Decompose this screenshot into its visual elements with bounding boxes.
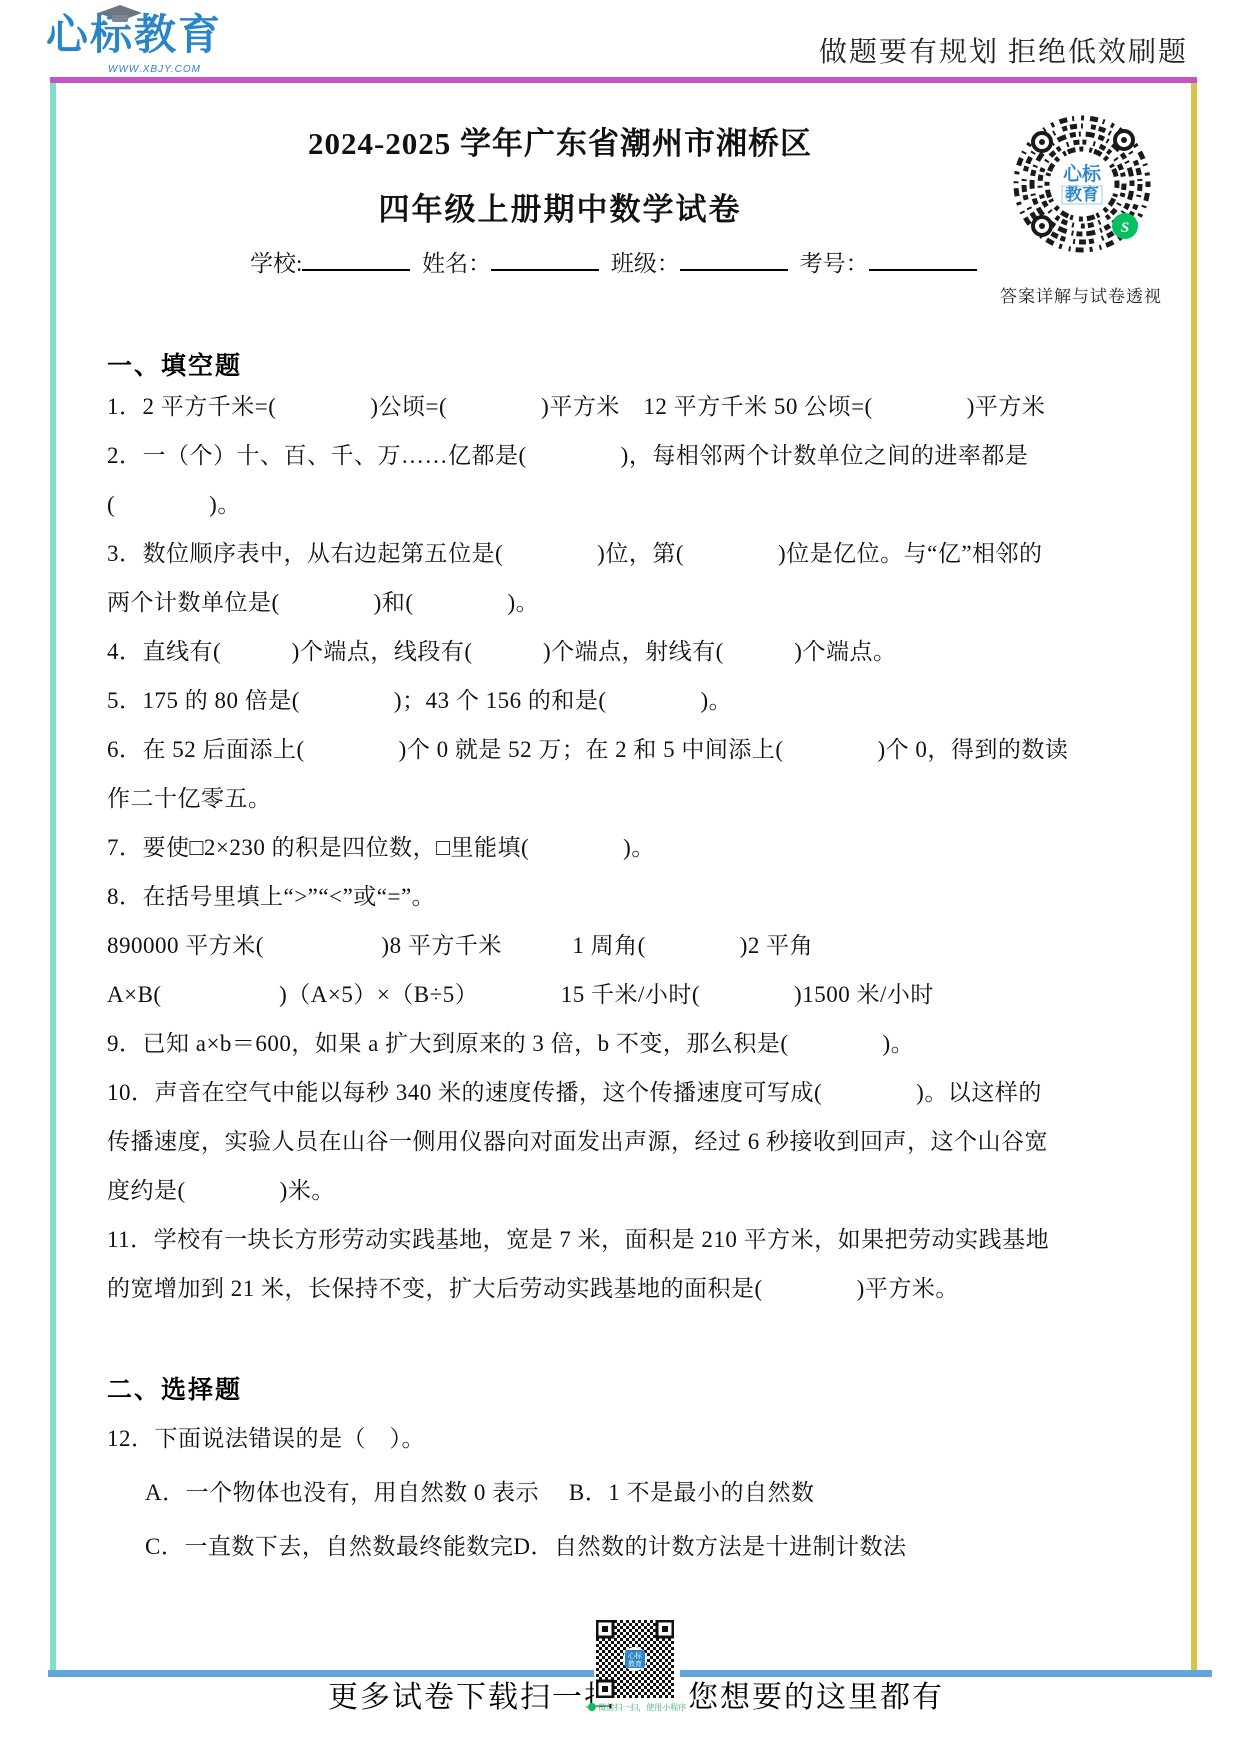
qr-center-logo-line1: 心标 [1063, 162, 1102, 185]
question-line: 9．已知 a×b＝600，如果 a 扩大到原来的 3 倍，b 不变，那么积是( … [107, 1019, 1117, 1068]
download-qr-code: 心标 教育 [594, 1618, 680, 1704]
brand-logo: 心标教育 WWW.XBJY.COM [46, 14, 266, 82]
name-blank[interactable] [491, 247, 599, 271]
question-line: 的宽增加到 21 米，长保持不变，扩大后劳动实践基地的面积是( )平方米。 [107, 1264, 1117, 1313]
answer-qr-code: 心标 教育 S [1012, 114, 1152, 254]
question-line: ( )。 [107, 480, 1117, 529]
class-label: 班级： [611, 251, 680, 276]
section1-heading: 一、填空题 [107, 346, 242, 382]
graduation-cap-icon [98, 5, 142, 23]
question-line: 12．下面说法错误的是（ ）。 [107, 1412, 1117, 1466]
question-line: 11．学校有一块长方形劳动实践基地，宽是 7 米，面积是 210 平方米，如果把… [107, 1215, 1117, 1264]
logo-text: 心标教育 [46, 14, 266, 56]
question-line: 两个计数单位是( )和( )。 [107, 578, 1117, 627]
svg-text:S: S [1121, 220, 1129, 236]
section2-heading: 二、选择题 [107, 1370, 242, 1406]
section2-body: 12．下面说法错误的是（ ）。 A．一个物体也没有，用自然数 0 表示 B．1 … [107, 1412, 1117, 1574]
section1-body: 1．2 平方千米=( )公顷=( )平方米 12 平方千米 50 公顷=( )平… [107, 382, 1117, 1313]
question-line: 作二十亿零五。 [107, 774, 1117, 823]
question-line: 890000 平方米( )8 平方千米 1 周角( )2 平角 [107, 921, 1117, 970]
footer-left-text: 更多试卷下载扫一扫 [328, 1672, 616, 1716]
question-line: 4．直线有( )个端点，线段有( )个端点，射线有( )个端点。 [107, 627, 1117, 676]
question-line: 5．175 的 80 倍是( )；43 个 156 的和是( )。 [107, 676, 1117, 725]
logo-url: WWW.XBJY.COM [108, 64, 201, 75]
frame-right-line [1191, 83, 1197, 1673]
exam-no-blank[interactable] [869, 247, 977, 271]
question-line: A×B( )（A×5）×（B÷5） 15 千米/小时( )1500 米/小时 [107, 970, 1117, 1019]
class-blank[interactable] [680, 247, 788, 271]
frame-top-line [50, 77, 1197, 83]
question-line: 1．2 平方千米=( )公顷=( )平方米 12 平方千米 50 公顷=( )平… [107, 382, 1117, 431]
svg-text:心标: 心标 [628, 1651, 643, 1660]
frame-left-line [50, 83, 56, 1673]
exam-page: 心标教育 WWW.XBJY.COM 做题要有规划 拒绝低效刷题 2024-202… [0, 0, 1240, 1754]
question-line: 3．数位顺序表中，从右边起第五位是( )位，第( )位是亿位。与“亿”相邻的 [107, 529, 1117, 578]
school-blank[interactable] [302, 247, 410, 271]
footer-right-text: 您想要的这里都有 [688, 1672, 944, 1716]
choice-line-cd: C．一直数下去，自然数最终能数完D．自然数的计数方法是十进制计数法 [107, 1520, 1117, 1574]
qr-center-logo-line2: 教育 [1065, 184, 1099, 204]
name-label: 姓名： [422, 251, 491, 276]
question-line: 10．声音在空气中能以每秒 340 米的速度传播，这个传播速度可写成( )。以这… [107, 1068, 1117, 1117]
qr-top-caption: 答案详解与试卷透视 [1000, 282, 1170, 307]
exam-no-label: 考号： [800, 251, 869, 276]
question-line: 2．一（个）十、百、千、万……亿都是( )，每相邻两个计数单位之间的进率都是 [107, 431, 1117, 480]
wechat-icon [588, 1703, 596, 1711]
question-line: 8．在括号里填上“>”“<”或“=”。 [107, 872, 1117, 921]
choice-line-ab: A．一个物体也没有，用自然数 0 表示 B．1 不是最小的自然数 [107, 1466, 1117, 1520]
question-line: 7．要使□2×230 的积是四位数，□里能填( )。 [107, 823, 1117, 872]
svg-text:教育: 教育 [628, 1659, 642, 1668]
question-line: 6．在 52 后面添上( )个 0 就是 52 万；在 2 和 5 中间添上( … [107, 725, 1117, 774]
question-line: 传播速度，实验人员在山谷一侧用仪器向对面发出声源，经过 6 秒接收到回声，这个山… [107, 1117, 1117, 1166]
question-line: 度约是( )米。 [107, 1166, 1117, 1215]
student-info-row: 学校: 姓名： 班级： 考号： [250, 245, 1010, 278]
header-slogan: 做题要有规划 拒绝低效刷题 [819, 30, 1188, 70]
qr-bottom-caption: 微信扫一扫，使用小程序 [588, 1702, 698, 1713]
school-label: 学校: [250, 251, 302, 276]
